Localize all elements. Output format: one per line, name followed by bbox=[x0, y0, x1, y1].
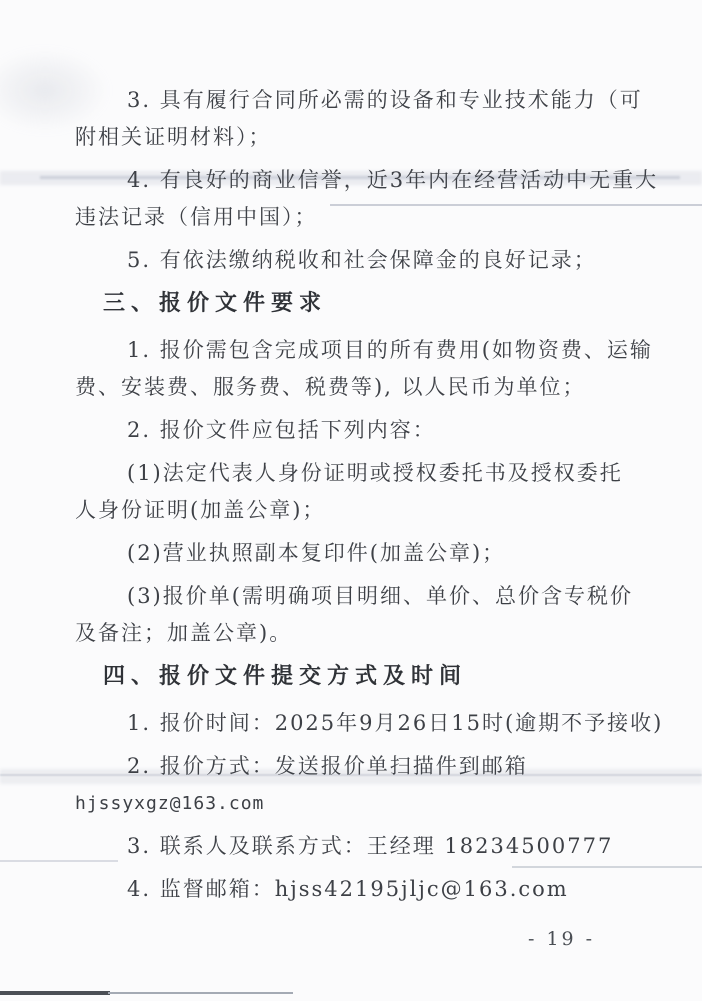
clause-contact-info: 3. 联系人及联系方式：王经理 18234500777 bbox=[75, 828, 665, 865]
text-line: 及备注；加盖公章)。 bbox=[75, 615, 665, 652]
scanned-page: 3. 具有履行合同所必需的设备和专业技术能力（可 附相关证明材料）； 4. 有良… bbox=[0, 0, 702, 1001]
clause-equipment-capability: 3. 具有履行合同所必需的设备和专业技术能力（可 附相关证明材料）； bbox=[75, 82, 665, 156]
text-line: 费、安装费、服务费、税费等), 以人民币为单位； bbox=[75, 369, 665, 406]
text-line: 2. 报价方式：发送报价单扫描件到邮箱 bbox=[75, 748, 665, 785]
clause-quotation-sheet: (3)报价单(需明确项目明细、单价、总价含专税价 及备注；加盖公章)。 bbox=[75, 578, 665, 652]
clause-quote-method: 2. 报价方式：发送报价单扫描件到邮箱 hjssyxgz@163.com bbox=[75, 748, 665, 822]
text-line: 2. 报价文件应包括下列内容： bbox=[75, 412, 665, 449]
clause-business-license: (2)营业执照副本复印件(加盖公章)； bbox=[75, 535, 665, 572]
scan-edge-mark bbox=[0, 991, 110, 995]
scan-edge-mark bbox=[108, 992, 293, 994]
text-line: 1. 报价时间：2025年9月26日15时(逾期不予接收) bbox=[75, 705, 665, 742]
text-line: 5. 有依法缴纳税收和社会保障金的良好记录； bbox=[75, 242, 665, 279]
page-number: - 19 - bbox=[528, 928, 595, 950]
text-line: (2)营业执照副本复印件(加盖公章)； bbox=[75, 535, 665, 572]
text-line: 3. 具有履行合同所必需的设备和专业技术能力（可 bbox=[75, 82, 665, 119]
section-heading-submission-method: 四、报价文件提交方式及时间 bbox=[75, 658, 665, 695]
document-body: 3. 具有履行合同所必需的设备和专业技术能力（可 附相关证明材料）； 4. 有良… bbox=[75, 82, 665, 914]
clause-business-reputation: 4. 有良好的商业信誉，近3年内在经营活动中无重大 违法记录（信用中国）； bbox=[75, 162, 665, 236]
text-line: 附相关证明材料）； bbox=[75, 119, 665, 156]
submission-email: hjssyxgz@163.com bbox=[75, 785, 665, 822]
clause-supervision-email: 4. 监督邮箱：hjss42195jljc@163.com bbox=[75, 871, 665, 908]
clause-quote-deadline: 1. 报价时间：2025年9月26日15时(逾期不予接收) bbox=[75, 705, 665, 742]
text-line: (1)法定代表人身份证明或授权委托书及授权委托 bbox=[75, 455, 665, 492]
text-line: (3)报价单(需明确项目明细、单价、总价含专税价 bbox=[75, 578, 665, 615]
text-line: 1. 报价需包含完成项目的所有费用(如物资费、运输 bbox=[75, 332, 665, 369]
text-line: 4. 监督邮箱：hjss42195jljc@163.com bbox=[75, 871, 665, 908]
clause-quote-costs: 1. 报价需包含完成项目的所有费用(如物资费、运输 费、安装费、服务费、税费等)… bbox=[75, 332, 665, 406]
text-line: 3. 联系人及联系方式：王经理 18234500777 bbox=[75, 828, 665, 865]
text-line: 人身份证明(加盖公章)； bbox=[75, 492, 665, 529]
text-line: 4. 有良好的商业信誉，近3年内在经营活动中无重大 bbox=[75, 162, 665, 199]
clause-tax-record: 5. 有依法缴纳税收和社会保障金的良好记录； bbox=[75, 242, 665, 279]
clause-quote-contents-intro: 2. 报价文件应包括下列内容： bbox=[75, 412, 665, 449]
text-line: 违法记录（信用中国）； bbox=[75, 199, 665, 236]
section-heading-quotation-requirements: 三、报价文件要求 bbox=[75, 285, 665, 322]
clause-identity-proof: (1)法定代表人身份证明或授权委托书及授权委托 人身份证明(加盖公章)； bbox=[75, 455, 665, 529]
